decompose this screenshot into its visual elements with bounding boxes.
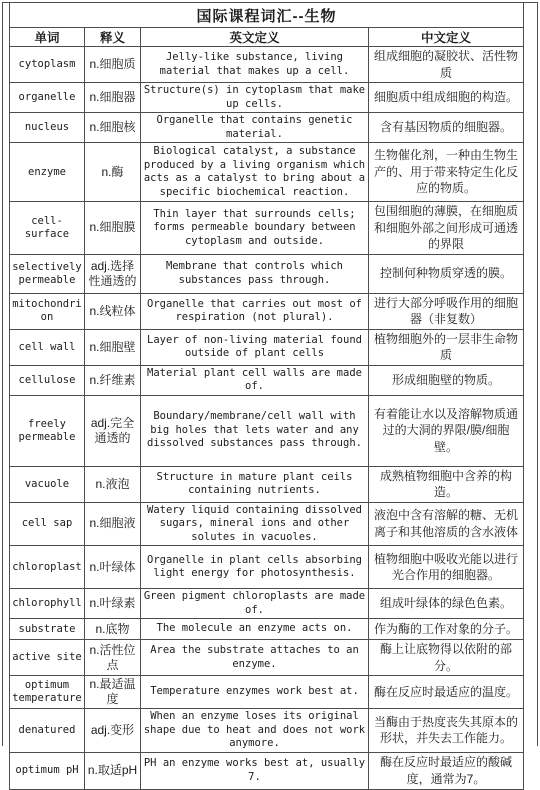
word-cell: organelle [10,83,85,113]
table-row: cytoplasm n.细胞质 Jelly-like substance, li… [10,47,524,83]
word-cell: substrate [10,619,85,640]
table-row: cellulose n.纤维素 Material plant cell wall… [10,365,524,395]
pos-meaning-cell: n.细胞壁 [85,329,141,365]
chinese-definition-cell: 酶上让底物得以依附的部分。 [369,640,524,676]
english-definition-cell: Watery liquid containing dissolved sugar… [141,502,369,546]
word-cell: cell sap [10,502,85,546]
chinese-definition-cell: 酶在反应时最适应的温度。 [369,676,524,709]
pos-meaning-cell: n.底物 [85,619,141,640]
english-definition-cell: Area the substrate attaches to an enzyme… [141,640,369,676]
pos-meaning-cell: n.活性位点 [85,640,141,676]
english-definition-cell: Thin layer that surrounds cells; forms p… [141,202,369,255]
chinese-definition-cell: 有着能让水以及溶解物质通过的大洞的界限/膜/细胞壁。 [369,395,524,466]
column-header-row: 单词 释义 英文定义 中文定义 [10,28,524,47]
english-definition-cell: Biological catalyst, a substance produce… [141,143,369,202]
chinese-definition-cell: 植物细胞外的一层非生命物质 [369,329,524,365]
table-row: vacuole n.液泡 Structure in mature plant c… [10,466,524,502]
chinese-definition-cell: 成熟植物细胞中含养的构造。 [369,466,524,502]
column-header-word: 单词 [10,28,85,47]
table-row: active site n.活性位点 Area the substrate at… [10,640,524,676]
pos-meaning-cell: n.细胞液 [85,502,141,546]
english-definition-cell: Layer of non-living material found outsi… [141,329,369,365]
word-cell: cell-surface [10,202,85,255]
pos-meaning-cell: adj.选择性通透的 [85,254,141,293]
column-header-chinese-definition: 中文定义 [369,28,524,47]
word-cell: optimum temperature [10,676,85,709]
column-header-english-definition: 英文定义 [141,28,369,47]
word-cell: vacuole [10,466,85,502]
pos-meaning-cell: n.线粒体 [85,293,141,329]
table-row: organelle n.细胞器 Structure(s) in cytoplas… [10,83,524,113]
table-row: optimum temperature n.最适温度 Temperature e… [10,676,524,709]
table-row: mitochondrion n.线粒体 Organelle that carri… [10,293,524,329]
table-row: nucleus n.细胞核 Organelle that contains ge… [10,113,524,143]
english-definition-cell: Material plant cell walls are made of. [141,365,369,395]
pos-meaning-cell: n.叶绿素 [85,589,141,619]
table-row: freely permeable adj.完全通透的 Boundary/memb… [10,395,524,466]
chinese-definition-cell: 当酶由于热度丧失其原本的形状，并失去工作能力。 [369,709,524,749]
table-row: cell-surface n.细胞膜 Thin layer that surro… [10,202,524,255]
pos-meaning-cell: n.纤维素 [85,365,141,395]
english-definition-cell: Organelle that carries out most of respi… [141,293,369,329]
page-title: 国际课程词汇--生物 [10,3,524,28]
pos-meaning-cell: n.细胞膜 [85,202,141,255]
english-definition-cell: Boundary/membrane/cell wall with big hol… [141,395,369,466]
word-cell: chloroplast [10,546,85,589]
word-cell: enzyme [10,143,85,202]
vocab-table: 国际课程词汇--生物 单词 释义 英文定义 中文定义 cytoplasm n.细… [9,2,524,748]
table-row: selectively permeable adj.选择性通透的 Membran… [10,254,524,293]
english-definition-cell: Structure in mature plant ceils containi… [141,466,369,502]
pos-meaning-cell: n.最适温度 [85,676,141,709]
word-cell: cellulose [10,365,85,395]
pos-meaning-cell: adj.变形 [85,709,141,749]
chinese-definition-cell: 细胞质中组成细胞的构造。 [369,83,524,113]
title-row: 国际课程词汇--生物 [10,3,524,28]
english-definition-cell: Green pigment chloroplasts are made of. [141,589,369,619]
table-row: cell sap n.细胞液 Watery liquid containing … [10,502,524,546]
chinese-definition-cell: 生物催化剂，一种由生物生产的、用于带来特定生化反应的物质。 [369,143,524,202]
column-header-pos: 释义 [85,28,141,47]
word-cell: mitochondrion [10,293,85,329]
chinese-definition-cell: 组成叶绿体的绿色色素。 [369,589,524,619]
word-cell: cell wall [10,329,85,365]
word-cell: chlorophyll [10,589,85,619]
word-cell: selectively permeable [10,254,85,293]
table-row: chloroplast n.叶绿体 Organelle in plant cel… [10,546,524,589]
chinese-definition-cell: 植物细胞中吸收光能以进行光合作用的细胞器。 [369,546,524,589]
chinese-definition-cell: 控制何种物质穿透的膜。 [369,254,524,293]
table-row: chlorophyll n.叶绿素 Green pigment chloropl… [10,589,524,619]
chinese-definition-cell: 作为酶的工作对象的分子。 [369,619,524,640]
table-row: denatured adj.变形 When an enzyme loses it… [10,709,524,749]
english-definition-cell: When an enzyme loses its original shape … [141,709,369,749]
table-row: cell wall n.细胞壁 Layer of non-living mate… [10,329,524,365]
word-cell: active site [10,640,85,676]
english-definition-cell: Organelle that contains genetic material… [141,113,369,143]
table-row: substrate n.底物 The molecule an enzyme ac… [10,619,524,640]
chinese-definition-cell: 液泡中含有溶解的糖、无机离子和其他溶质的含水液体 [369,502,524,546]
english-definition-cell: Membrane that controls which substances … [141,254,369,293]
chinese-definition-cell: 包围细胞的薄膜，在细胞质和细胞外部之间形成可通透的界限 [369,202,524,255]
word-cell: denatured [10,709,85,749]
pos-meaning-cell: n.细胞核 [85,113,141,143]
chinese-definition-cell: 组成细胞的凝胶状、活性物质 [369,47,524,83]
chinese-definition-cell: 进行大部分呼吸作用的细胞器（非复数） [369,293,524,329]
english-definition-cell: Organelle in plant cells absorbing light… [141,546,369,589]
chinese-definition-cell: 含有基因物质的细胞器。 [369,113,524,143]
pos-meaning-cell: n.叶绿体 [85,546,141,589]
pos-meaning-cell: n.液泡 [85,466,141,502]
word-cell: cytoplasm [10,47,85,83]
pos-meaning-cell: n.酶 [85,143,141,202]
english-definition-cell: Structure(s) in cytoplasm that make up c… [141,83,369,113]
english-definition-cell: The molecule an enzyme acts on. [141,619,369,640]
english-definition-cell: Temperature enzymes work best at. [141,676,369,709]
table-row: enzyme n.酶 Biological catalyst, a substa… [10,143,524,202]
pos-meaning-cell: n.细胞器 [85,83,141,113]
word-cell: nucleus [10,113,85,143]
english-definition-cell: Jelly-like substance, living material th… [141,47,369,83]
pos-meaning-cell: adj.完全通透的 [85,395,141,466]
pos-meaning-cell: n.细胞质 [85,47,141,83]
word-cell: freely permeable [10,395,85,466]
chinese-definition-cell: 形成细胞壁的物质。 [369,365,524,395]
